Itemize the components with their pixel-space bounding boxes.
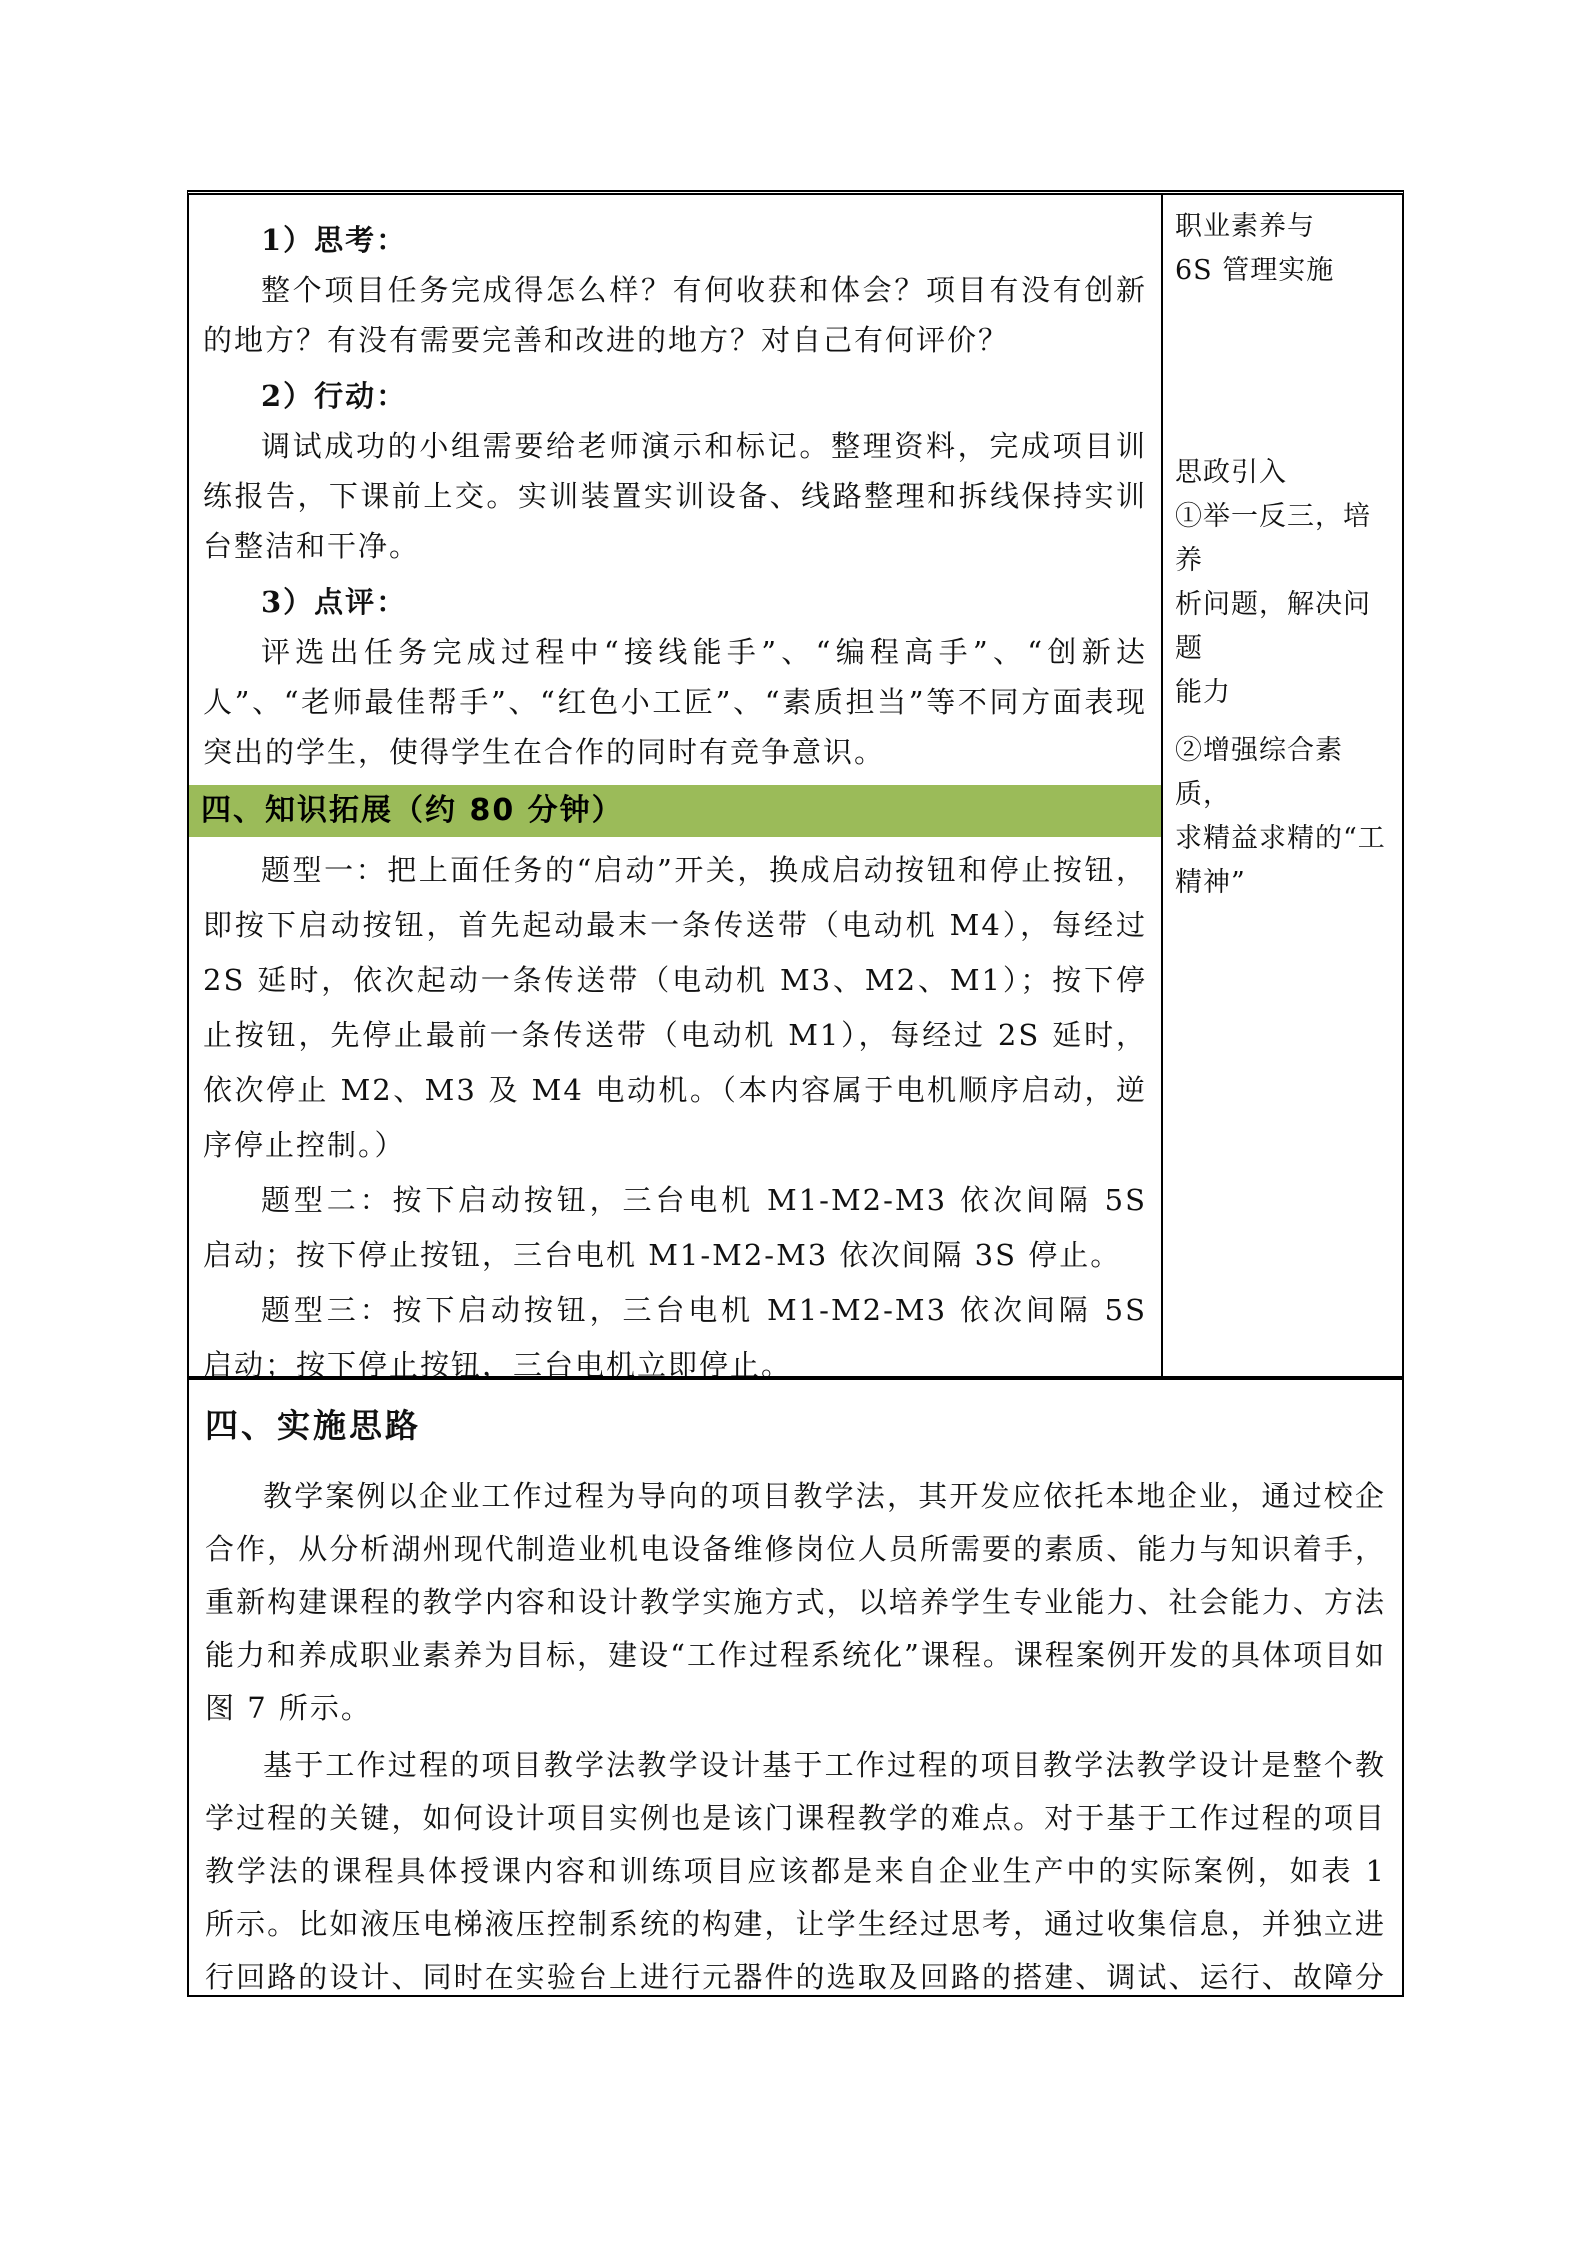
step-heading-review: 3）点评： [203, 577, 1147, 627]
implementation-heading: 四、实施思路 [205, 1404, 1386, 1448]
step-heading-action: 2）行动： [203, 371, 1147, 421]
implementation-paragraph-2: 基于工作过程的项目教学法教学设计基于工作过程的项目教学法教学设计是整个教学过程的… [205, 1739, 1386, 1997]
step-body-review: 评选出任务完成过程中“接线能手”、“编程高手”、“创新达人”、“老师最佳帮手”、… [203, 627, 1147, 777]
section-header-knowledge-extension: 四、知识拓展（约 80 分钟） [189, 785, 1161, 837]
step-body-action: 调试成功的小组需要给老师演示和标记。整理资料，完成项目训练报告，下课前上交。实训… [203, 421, 1147, 571]
exercise-type-1: 题型一：把上面任务的“启动”开关，换成启动按钮和停止按钮，即按下启动按钮，首先起… [203, 843, 1147, 1173]
step-body-think: 整个项目任务完成得怎么样？有何收获和体会？项目有没有创新的地方？有没有需要完善和… [203, 265, 1147, 365]
sidebar-notes-cell: 职业素养与 6S 管理实施 思政引入 ①举一反三，培养 析问题，解决问题 能力 … [1163, 195, 1402, 1376]
implementation-ideas-table: 四、实施思路 教学案例以企业工作过程为导向的项目教学法，其开发应依托本地企业，通… [187, 1378, 1404, 1997]
sidebar-note-comprehensive-quality: ②增强综合素质， 求精益求精的“工 精神” [1175, 729, 1392, 905]
step-heading-think: 1）思考： [203, 215, 1147, 265]
exercise-type-3: 题型三：按下启动按钮，三台电机 M1-M2-M3 依次间隔 5S 启动；按下停止… [203, 1283, 1147, 1378]
lesson-activity-table: 1）思考： 整个项目任务完成得怎么样？有何收获和体会？项目有没有创新的地方？有没… [187, 190, 1404, 1378]
sidebar-note-ideology-intro: 思政引入 ①举一反三，培养 析问题，解决问题 能力 [1175, 451, 1392, 715]
main-content-cell: 1）思考： 整个项目任务完成得怎么样？有何收获和体会？项目有没有创新的地方？有没… [189, 195, 1163, 1376]
exercise-type-2: 题型二：按下启动按钮，三台电机 M1-M2-M3 依次间隔 5S 启动；按下停止… [203, 1173, 1147, 1283]
sidebar-note-professional-quality: 职业素养与 6S 管理实施 [1175, 205, 1392, 293]
implementation-paragraph-1: 教学案例以企业工作过程为导向的项目教学法，其开发应依托本地企业，通过校企合作，从… [205, 1470, 1386, 1735]
document-page: 1）思考： 整个项目任务完成得怎么样？有何收获和体会？项目有没有创新的地方？有没… [0, 0, 1587, 2245]
